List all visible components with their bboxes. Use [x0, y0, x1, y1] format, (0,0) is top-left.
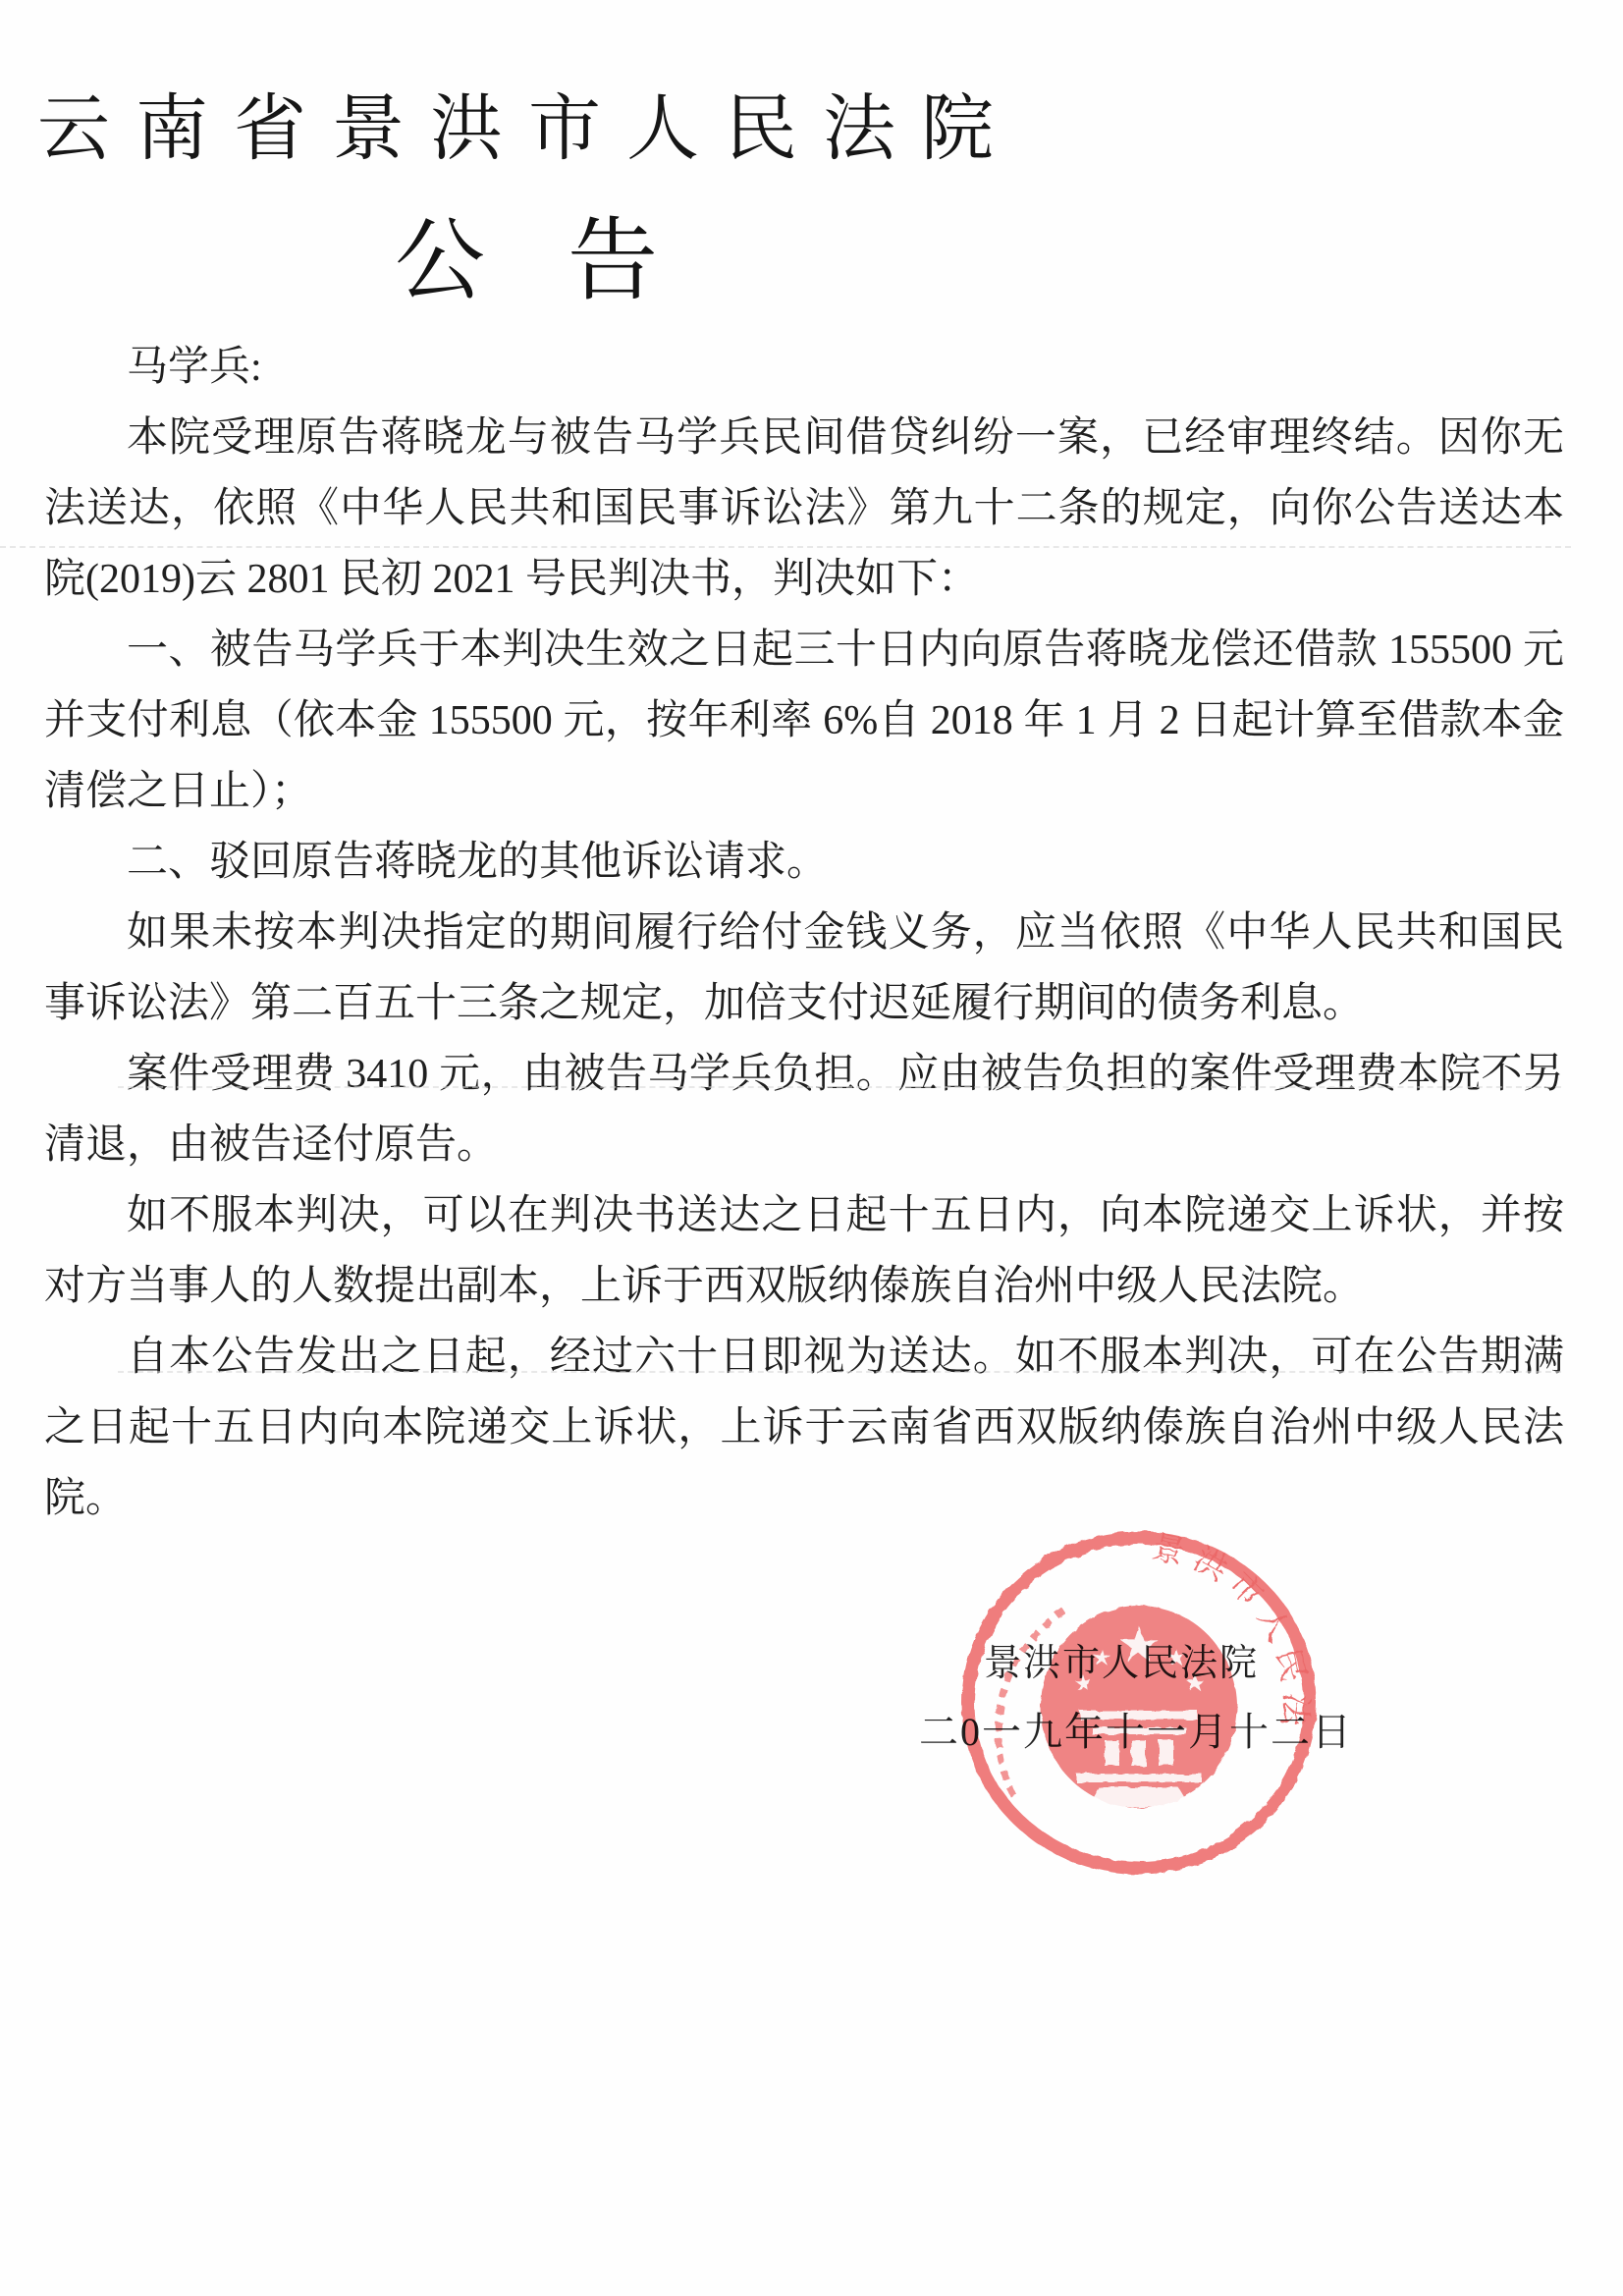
paragraph-service-period: 自本公告发出之日起，经过六十日即视为送达。如不服本判决，可在公告期满之日起十五日… [44, 1322, 1564, 1534]
paragraph-case-intro: 本院受理原告蒋晓龙与被告马学兵民间借贷纠纷一案，已经审理终结。因你无法送达，依照… [44, 403, 1564, 615]
scan-artifact-line [0, 546, 1571, 548]
paragraph-judgment-item-2: 二、驳回原告蒋晓龙的其他诉讼请求。 [44, 827, 1564, 898]
paragraph-late-performance: 如果未按本判决指定的期间履行给付金钱义务，应当依照《中华人民共和国民事诉讼法》第… [44, 898, 1564, 1039]
paragraph-case-fee: 案件受理费 3410 元，由被告马学兵负担。应由被告负担的案件受理费本院不另清退… [44, 1039, 1564, 1180]
paragraph-appeal: 如不服本判决，可以在判决书送达之日起十五日内，向本院递交上诉状，并按对方当事人的… [44, 1180, 1564, 1322]
addressee-line: 马学兵: [44, 332, 1564, 403]
announcement-body: 马学兵: 本院受理原告蒋晓龙与被告马学兵民间借贷纠纷一案，已经审理终结。因你无法… [44, 332, 1564, 1534]
national-emblem-icon [1041, 1606, 1237, 1808]
scan-artifact-line [118, 1371, 1561, 1373]
official-seal: 景洪市人民法院 [954, 1528, 1324, 1878]
paragraph-judgment-item-1: 一、被告马学兵于本判决生效之日起三十日内向原告蒋晓龙偿还借款 155500 元并… [44, 615, 1564, 827]
announcement-page: 云南省景洪市人民法院 公告 马学兵: 本院受理原告蒋晓龙与被告马学兵民间借贷纠纷… [0, 0, 1623, 2296]
notice-title: 公告 [395, 189, 740, 318]
scan-artifact-line [118, 1086, 1561, 1088]
court-title: 云南省景洪市人民法院 [37, 71, 1019, 175]
